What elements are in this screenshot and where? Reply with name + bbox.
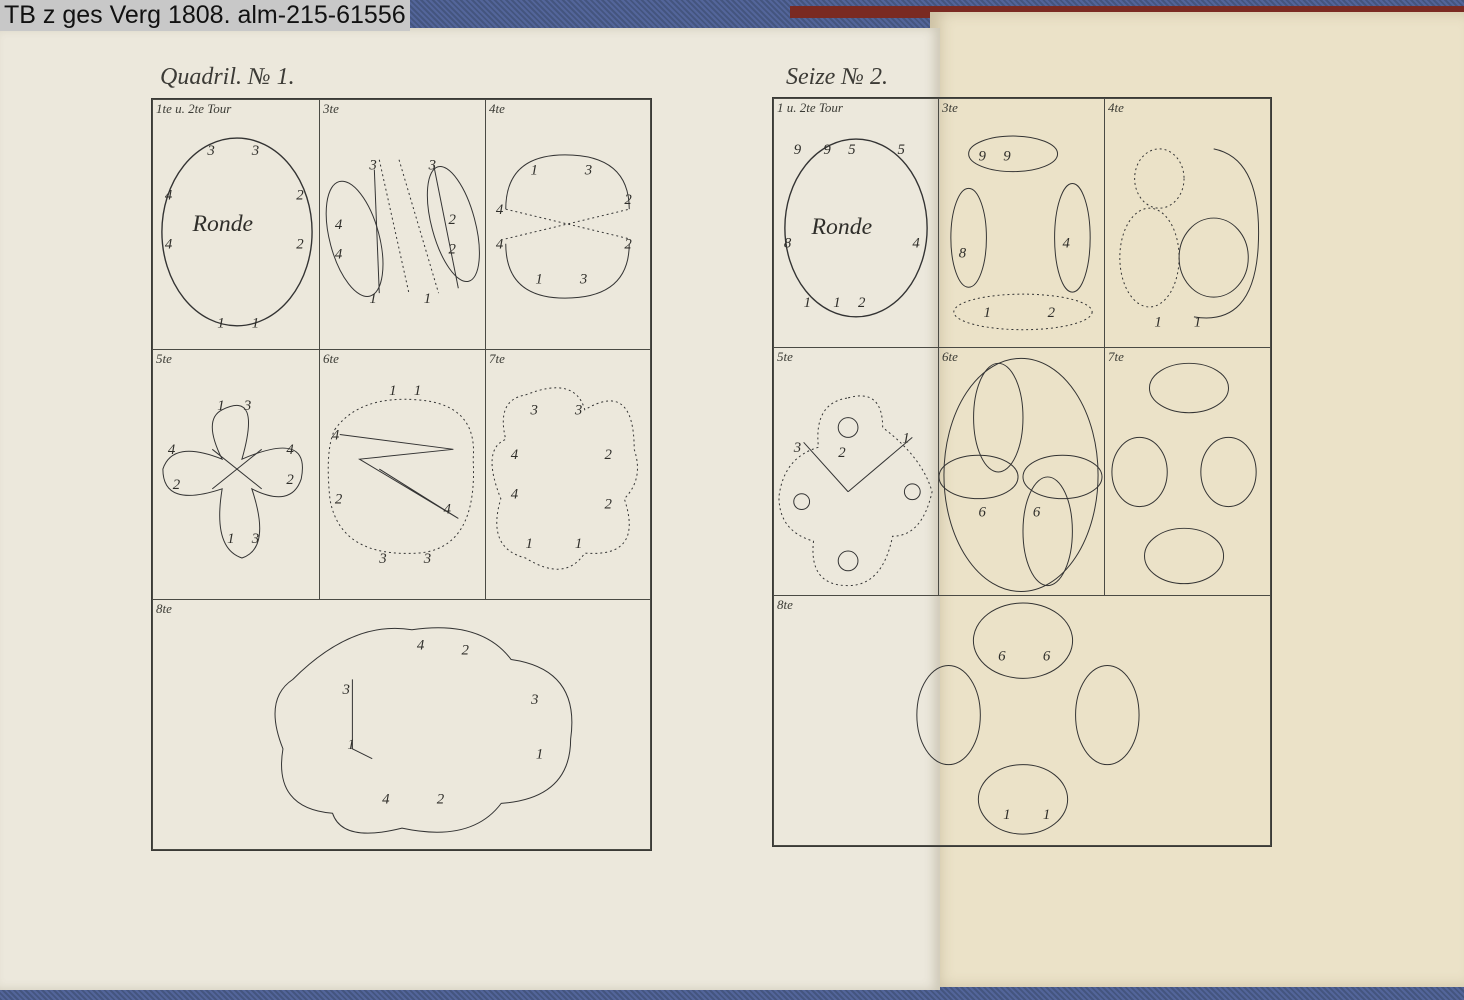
right-plate-heading: Seize № 2. bbox=[786, 64, 888, 91]
svg-text:1: 1 bbox=[414, 383, 421, 399]
dance-figure-5: 231 bbox=[774, 348, 938, 595]
svg-text:1: 1 bbox=[389, 383, 396, 399]
svg-text:1: 1 bbox=[526, 536, 533, 552]
image-title: TB z ges Verg 1808. alm-215-61556 bbox=[0, 0, 410, 31]
svg-text:6: 6 bbox=[1033, 504, 1041, 520]
ronde-text: Ronde bbox=[811, 214, 873, 240]
dance-figure-8: 6611 bbox=[774, 596, 1270, 845]
svg-text:2: 2 bbox=[296, 237, 304, 253]
svg-text:3: 3 bbox=[251, 531, 259, 547]
left-plate-heading: Quadril. № 1. bbox=[160, 64, 295, 91]
left-cell-6: 6te 114 2433 bbox=[319, 349, 486, 600]
svg-text:3: 3 bbox=[206, 143, 214, 159]
svg-text:2: 2 bbox=[624, 192, 632, 208]
svg-text:2: 2 bbox=[838, 445, 846, 461]
svg-text:3: 3 bbox=[243, 398, 251, 414]
right-cell-5: 5te 231 bbox=[773, 347, 939, 596]
svg-text:5: 5 bbox=[848, 142, 855, 158]
dance-figure-7 bbox=[1105, 348, 1270, 595]
svg-text:4: 4 bbox=[165, 237, 173, 253]
svg-text:3: 3 bbox=[530, 692, 538, 708]
svg-text:4: 4 bbox=[1063, 236, 1071, 252]
svg-text:9: 9 bbox=[979, 149, 987, 165]
svg-text:2: 2 bbox=[605, 497, 613, 513]
svg-text:4: 4 bbox=[165, 187, 173, 203]
svg-text:1: 1 bbox=[833, 295, 840, 311]
svg-text:4: 4 bbox=[912, 236, 920, 252]
svg-text:3: 3 bbox=[368, 158, 376, 174]
svg-text:4: 4 bbox=[496, 202, 504, 218]
svg-text:2: 2 bbox=[448, 212, 456, 228]
svg-text:1: 1 bbox=[530, 163, 537, 179]
svg-text:1: 1 bbox=[369, 291, 376, 307]
right-cell-1: 1 u. 2te Tour Ronde 995 584 112 bbox=[773, 98, 939, 348]
right-cell-6: 6te 66 bbox=[938, 347, 1105, 596]
svg-text:4: 4 bbox=[335, 217, 343, 233]
svg-text:1: 1 bbox=[252, 316, 259, 332]
ronde-text: Ronde bbox=[192, 211, 254, 237]
svg-text:1: 1 bbox=[536, 747, 543, 763]
dance-figure-3: 334 422 11 bbox=[320, 100, 485, 349]
svg-text:3: 3 bbox=[584, 163, 592, 179]
left-plate: 1te u. 2te Tour Ronde 33 44 22 11 3te 33… bbox=[151, 98, 652, 851]
dance-figure-3: 998 412 bbox=[939, 99, 1104, 347]
svg-text:4: 4 bbox=[286, 442, 294, 458]
svg-text:2: 2 bbox=[462, 643, 470, 659]
svg-text:1: 1 bbox=[535, 271, 542, 287]
svg-text:9: 9 bbox=[794, 142, 802, 158]
svg-text:4: 4 bbox=[444, 502, 452, 518]
svg-text:1: 1 bbox=[1194, 315, 1201, 331]
dance-figure-6: 66 bbox=[939, 348, 1104, 595]
svg-text:2: 2 bbox=[437, 791, 445, 807]
svg-text:1: 1 bbox=[902, 430, 909, 446]
svg-text:4: 4 bbox=[332, 427, 340, 443]
left-cell-3: 3te 334 422 11 bbox=[319, 99, 486, 350]
left-cell-4: 4te 134 242 13 bbox=[485, 99, 651, 350]
right-cell-3: 3te 998 412 bbox=[938, 98, 1105, 348]
dance-figure-8: 314 231 42 bbox=[153, 600, 650, 849]
svg-text:3: 3 bbox=[579, 271, 587, 287]
svg-text:2: 2 bbox=[296, 187, 304, 203]
dance-figure-6: 114 2433 bbox=[320, 350, 485, 599]
svg-text:6: 6 bbox=[998, 648, 1006, 664]
svg-text:6: 6 bbox=[979, 504, 987, 520]
svg-text:3: 3 bbox=[423, 551, 431, 567]
svg-text:2: 2 bbox=[173, 477, 181, 493]
right-plate: 1 u. 2te Tour Ronde 995 584 112 3te 998 … bbox=[772, 97, 1272, 847]
left-cell-7: 7te 334 242 11 bbox=[485, 349, 651, 600]
svg-text:3: 3 bbox=[529, 403, 537, 419]
dance-figure-ronde: Ronde 995 584 112 bbox=[774, 99, 938, 347]
svg-text:2: 2 bbox=[286, 472, 294, 488]
svg-text:1: 1 bbox=[227, 531, 234, 547]
left-cell-5: 5te 134 422 13 bbox=[152, 349, 320, 600]
svg-text:6: 6 bbox=[1043, 648, 1051, 664]
svg-text:3: 3 bbox=[574, 403, 582, 419]
svg-text:2: 2 bbox=[1048, 305, 1056, 321]
left-cell-1: 1te u. 2te Tour Ronde 33 44 22 11 bbox=[152, 99, 320, 350]
svg-text:4: 4 bbox=[417, 638, 425, 654]
svg-text:1: 1 bbox=[804, 295, 811, 311]
svg-text:3: 3 bbox=[341, 682, 349, 698]
svg-text:4: 4 bbox=[335, 247, 343, 263]
dance-figure-5: 134 422 13 bbox=[153, 350, 319, 599]
right-cell-8: 8te 6611 bbox=[773, 595, 1271, 846]
svg-text:8: 8 bbox=[959, 246, 967, 262]
svg-text:3: 3 bbox=[378, 551, 386, 567]
svg-text:1: 1 bbox=[575, 536, 582, 552]
svg-text:8: 8 bbox=[784, 236, 792, 252]
svg-text:9: 9 bbox=[823, 142, 831, 158]
svg-text:4: 4 bbox=[382, 791, 390, 807]
svg-text:1: 1 bbox=[983, 305, 990, 321]
svg-text:4: 4 bbox=[511, 447, 519, 463]
right-cell-4: 4te 11 bbox=[1104, 98, 1271, 348]
svg-text:3: 3 bbox=[793, 440, 801, 456]
dance-figure-4: 11 bbox=[1105, 99, 1270, 347]
dance-figure-7: 334 242 11 bbox=[486, 350, 650, 599]
svg-text:4: 4 bbox=[496, 237, 504, 253]
svg-text:3: 3 bbox=[428, 158, 436, 174]
svg-text:1: 1 bbox=[217, 316, 224, 332]
svg-text:1: 1 bbox=[424, 291, 431, 307]
svg-text:2: 2 bbox=[858, 295, 866, 311]
svg-text:2: 2 bbox=[448, 242, 456, 258]
svg-text:1: 1 bbox=[1003, 807, 1010, 823]
dance-figure-4: 134 242 13 bbox=[486, 100, 650, 349]
svg-text:1: 1 bbox=[347, 737, 354, 753]
svg-text:5: 5 bbox=[897, 142, 904, 158]
svg-text:9: 9 bbox=[1003, 149, 1011, 165]
svg-text:3: 3 bbox=[251, 143, 259, 159]
svg-text:4: 4 bbox=[511, 487, 519, 503]
svg-text:1: 1 bbox=[217, 398, 224, 414]
left-cell-8: 8te 314 231 42 bbox=[152, 599, 651, 850]
svg-text:2: 2 bbox=[605, 447, 613, 463]
right-cell-7: 7te bbox=[1104, 347, 1271, 596]
svg-text:1: 1 bbox=[1043, 807, 1050, 823]
svg-text:2: 2 bbox=[624, 237, 632, 253]
dance-figure-ronde: Ronde 33 44 22 11 bbox=[153, 100, 319, 349]
svg-text:2: 2 bbox=[335, 492, 343, 508]
svg-text:1: 1 bbox=[1154, 315, 1161, 331]
svg-text:4: 4 bbox=[168, 442, 176, 458]
